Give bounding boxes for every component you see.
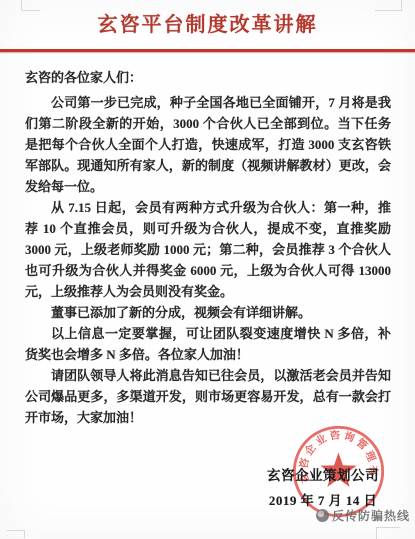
page-title: 玄咨平台制度改革讲解	[0, 11, 415, 40]
paragraph-3: 董事已添加了新的分成，视频会有详细讲解。	[25, 302, 391, 323]
signature-date: 2019 年 7 月 14 日	[262, 493, 384, 508]
signature-company: 玄咨企业策划公司	[262, 468, 384, 484]
document-page: 玄咨平台制度改革讲解 玄咨的各位家人们： 公司第一步已完成，种子全国各地已全面铺…	[0, 0, 415, 539]
watermark-logo-icon	[316, 509, 329, 522]
paragraph-4: 以上信息一定要掌握，可让团队裂变速度增快 N 多倍，补货奖也会增多 N 多倍。各…	[25, 323, 391, 365]
greeting-line: 玄咨的各位家人们：	[25, 67, 391, 88]
paragraph-5: 请团队领导人将此消息告知已往会员，以激活老会员并告知公司爆品更多，多渠道开发，则…	[25, 365, 391, 428]
paragraph-1: 公司第一步已完成，种子全国各地已全面铺开，7 月将是我们第二阶段全新的开始，30…	[25, 92, 391, 197]
document-body: 玄咨的各位家人们： 公司第一步已完成，种子全国各地已全面铺开，7 月将是我们第二…	[0, 52, 415, 428]
crop-mark-bottom-right	[376, 527, 400, 539]
signature-block: 玄咨企业策划公司 2019 年 7 月 14 日	[262, 468, 384, 508]
paragraph-2: 从 7.15 日起，会员有两种方式升级为合伙人：第一种，推荐 10 个直推会员，…	[25, 197, 391, 302]
watermark-text: 反传防骗热线	[332, 507, 410, 524]
crop-mark-top-right	[375, 0, 402, 11]
watermark: 反传防骗热线	[316, 507, 410, 524]
crop-mark-top-left	[21, 0, 40, 11]
crop-mark-bottom-left	[7, 530, 25, 538]
